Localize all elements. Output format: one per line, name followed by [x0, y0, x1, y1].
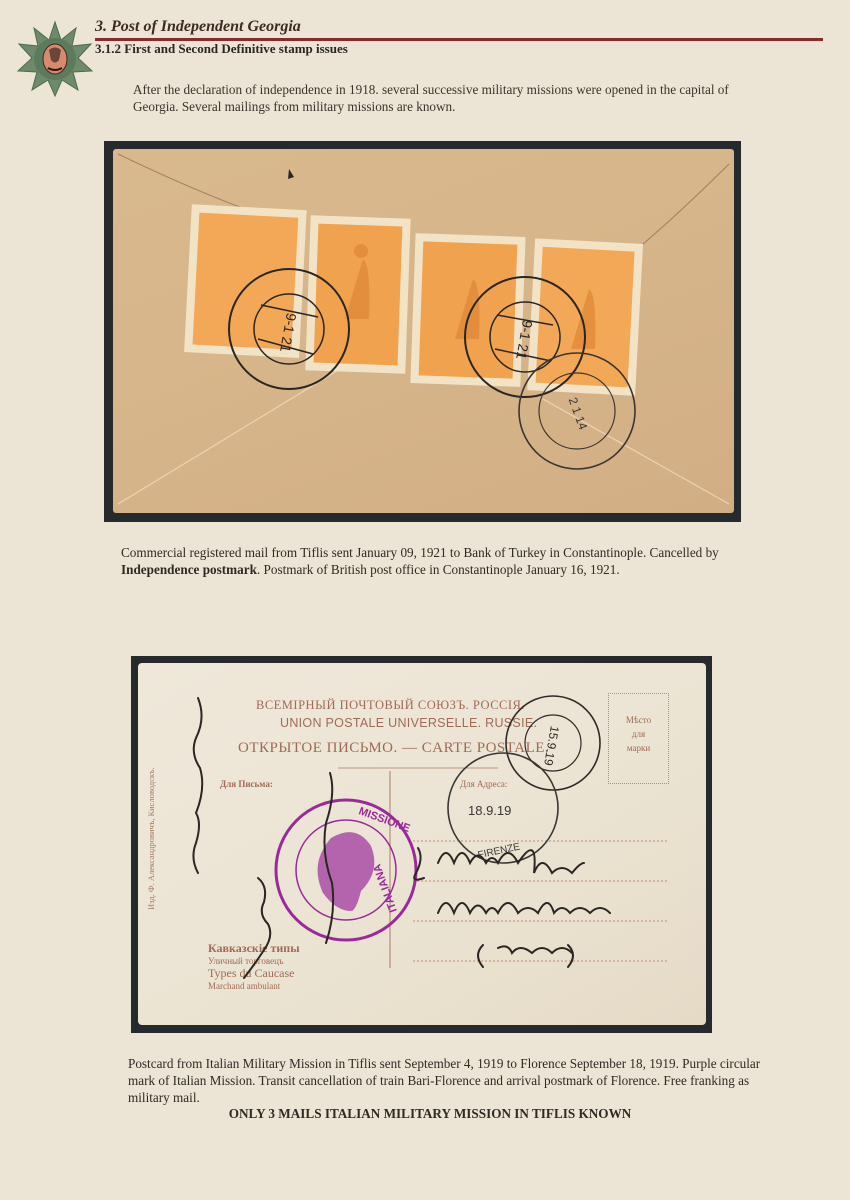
postcard-image: ВСЕМІРНЫЙ ПОЧТОВЫЙ СОЮЗЪ. РОССІЯ. UNION … [138, 663, 706, 1025]
georgia-emblem-icon [16, 20, 94, 98]
italian-mission-stamp: MISSIONE ITALIANA [276, 800, 416, 940]
stamp-3 [410, 233, 525, 387]
svg-text:15.9.19: 15.9.19 [541, 725, 562, 767]
stamp-2 [305, 215, 410, 373]
postcard-frame: ВСЕМІРНЫЙ ПОЧТОВЫЙ СОЮЗЪ. РОССІЯ. UNION … [131, 656, 712, 1033]
caption-bold: Independence postmark [121, 562, 257, 577]
stamp-4 [527, 238, 643, 395]
envelope-frame: 9-1 21 9-1 21 2 1 14 [104, 141, 741, 522]
postcard-caption: Postcard from Italian Military Mission i… [128, 1055, 768, 1106]
intro-text: After the declaration of independence in… [133, 81, 733, 115]
section-subtitle: 3.1.2 First and Second Definitive stamp … [95, 41, 348, 57]
caption-text: Commercial registered mail from Tiflis s… [121, 545, 719, 560]
envelope-caption: Commercial registered mail from Tiflis s… [121, 544, 761, 578]
postcard-rarity-note: ONLY 3 MAILS ITALIAN MILITARY MISSION IN… [128, 1106, 732, 1122]
train-postmark: 15.9.19 [506, 696, 600, 790]
envelope-image: 9-1 21 9-1 21 2 1 14 [113, 149, 734, 513]
section-title: 3. Post of Independent Georgia [95, 18, 301, 36]
svg-text:18.9.19: 18.9.19 [468, 803, 511, 818]
firenze-postmark: 18.9.19 FIRENZE [448, 753, 558, 863]
caption-text: . Postmark of British post office in Con… [257, 562, 620, 577]
